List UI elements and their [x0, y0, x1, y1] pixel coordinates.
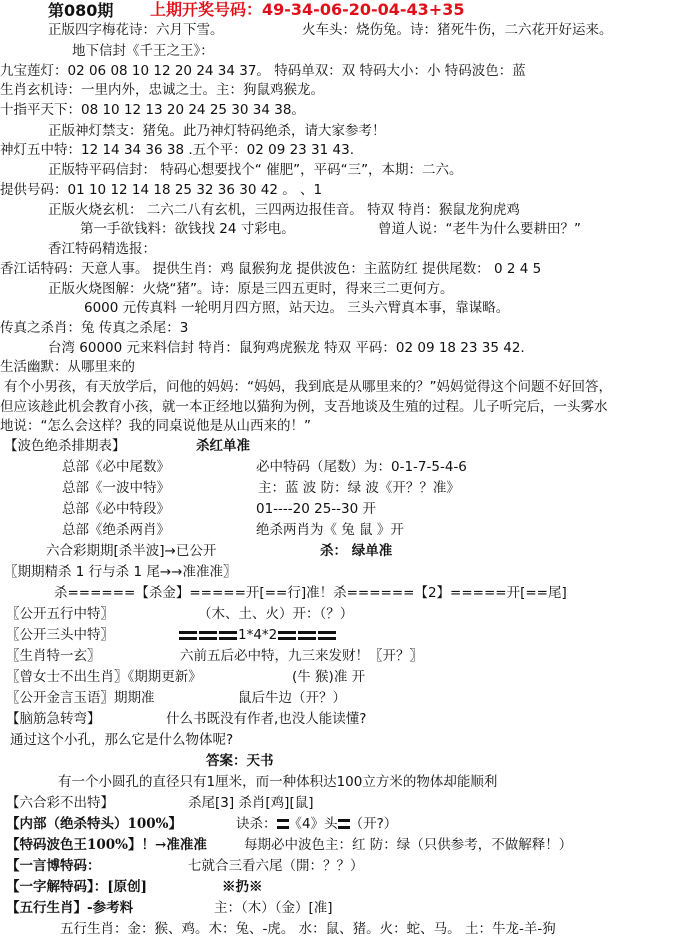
internal-kill-head-label: 【内部（绝杀特头）100%】: [6, 815, 182, 833]
fax-kill-line: 传真之杀肖：兔 传真之杀尾：3: [0, 319, 188, 337]
no-special-value: 杀尾[3] 杀肖[鸡][鼠]: [188, 794, 313, 812]
five-elements-value: （木、土、火）开：（？）: [198, 605, 353, 623]
plum-poem-line: 正版四字梅花诗：六月下雪。: [48, 21, 224, 39]
five-elements-zodiac-value: 主：（木）（金）[准]: [214, 899, 333, 917]
ms-zeng-label: 〖曾女士不出生肖〗《期期更新》: [6, 668, 202, 686]
internal-kill-head-value: 诀杀：《4》头（开?）: [236, 815, 397, 833]
bar-glyph-icon: [179, 631, 197, 640]
hq-segment-value: 01----20 25--30 开: [256, 500, 376, 518]
provided-numbers-line: 提供号码：01 10 12 14 18 25 32 36 30 42 。 、1: [0, 181, 322, 199]
taiwan-envelope-line: 台湾 60000 元来料信封 特肖：鼠狗鸡虎猴龙 特双 平码：02 09 18 …: [48, 339, 525, 357]
half-wave-line: 六合彩期期[杀半波]→已公开: [46, 542, 216, 560]
brain-teaser-question-3: 有一个小圆孔的直径只有1厘米，而一种体积达100立方米的物体却能顺利: [58, 773, 497, 791]
bar-glyph-icon: [318, 631, 336, 640]
three-heads-label: 〖公开三头中特〗: [6, 626, 114, 644]
zodiac-mystery-label: 〖生肖特一玄〗: [6, 647, 101, 665]
kill-open-status: （开?）: [350, 816, 398, 832]
hq-tail-value: 必中特码（尾数）为：0-1-7-5-4-6: [256, 458, 467, 476]
hq-kill-two-value: 绝杀两肖为《 兔 鼠 》开: [256, 521, 404, 539]
nine-treasure-lamp-line: 九宝莲灯：02 06 08 10 12 20 24 34 37。 特码单双：双 …: [0, 62, 526, 80]
brain-teaser-answer: 答案：天书: [206, 752, 274, 770]
bar-glyph-icon: [278, 631, 296, 640]
golden-words-label: 〖公开金言玉语〗期期准: [6, 689, 155, 707]
last-draw-numbers: 上期开奖号码：49-34-06-20-04-43+35: [150, 1, 464, 19]
five-elements-zodiac-label: 【五行生肖】-参考料: [6, 899, 133, 917]
bar-glyph-icon: [298, 631, 316, 640]
divine-lamp-ban-line: 正版神灯禁支：猪兔。此乃神灯特码绝杀，请大家参考！: [48, 122, 386, 140]
hq-segment-label: 总部《必中特段》: [62, 500, 170, 518]
one-char-decode-value: ※扔※: [222, 878, 263, 896]
wave-king-value: 每期必中波色主：红 防：绿（只供参考，不做解释！）: [244, 836, 572, 854]
period-kill-line: 〖期期精杀 1 行与杀 1 尾→→准准准〗: [4, 563, 236, 581]
kill-red-single: 杀红单准: [196, 437, 250, 455]
hq-kill-two-label: 总部《绝杀两肖》: [62, 521, 170, 539]
hq-tail-label: 总部《必中尾数》: [62, 458, 170, 476]
kill-green-single: 杀： 绿单准: [320, 542, 392, 560]
humor-text-1: 有个小男孩，有天放学后，问他的妈妈：“妈妈，我到底是从哪里来的？”妈妈觉得这个问…: [4, 378, 612, 396]
divine-lamp-five-line: 神灯五中特：12 14 34 36 38 .五个平：02 09 23 31 43…: [0, 141, 354, 159]
one-char-decode-label: 【一字解特码】：[原创]: [6, 878, 147, 896]
taoist-saying-line: 曾道人说：“老牛为什么要耕田？”: [378, 220, 581, 238]
fire-mystery-line: 正版火烧玄机： 二六二八有玄机，三四两边报佳音。 特双 特肖：猴鼠龙狗虎鸡: [48, 201, 520, 219]
bar-glyph-icon: [338, 819, 350, 829]
fire-diagram-line: 正版火烧图解：火烧“猪”。诗：原是三四五更时，得来三二更何方。: [48, 280, 454, 298]
kill-head-number: 《4》头: [289, 816, 338, 832]
five-elements-zodiac-list: 五行生肖：金：猴、鸡。木：兔、-虎。 水：鼠、猪。火：蛇、马。 土：牛龙-羊-狗: [60, 920, 556, 938]
first-hand-line: 第一手欲钱料：欲钱找 24 寸彩电。: [80, 220, 295, 238]
ms-zeng-value: (牛 猴)准 开: [292, 668, 365, 686]
xiangjiang-words-line: 香江话特码：天意人事。 提供生肖：鸡 鼠猴狗龙 提供波色：主蓝防红 提供尾数： …: [0, 260, 541, 278]
kill-metal-line: 杀======【杀金】=====开[==行]准！杀======【2】=====开…: [54, 584, 567, 602]
three-heads-digits: 1*4*2: [238, 627, 277, 643]
xiangjiang-select-line: 香江特码精选报：: [48, 240, 156, 258]
ten-fingers-line: 十指平天下：08 10 12 13 20 24 25 30 34 38。: [0, 101, 305, 119]
zodiac-poem-line: 生肖玄机诗：一里内外，忠诚之士。主：狗鼠鸡猴龙。: [0, 81, 324, 99]
humor-text-2: 但应该趁此机会教育小孩，就一本正经地以猫狗为例，支吾地谈及生殖的过程。儿子听完后…: [0, 398, 608, 416]
one-word-bet-label: 【一言博特码：: [6, 857, 101, 875]
special-envelope-line: 正版特平码信封： 特码心想要找个“ 催肥”，平码“三”，本期：二六。: [48, 161, 463, 179]
bar-glyph-icon: [277, 819, 289, 829]
brain-teaser-question: 什么书既没有作者,也没人能读懂?: [166, 710, 366, 728]
zodiac-mystery-value: 六前五后必中特，九三来发财！〖开？〗: [180, 647, 423, 665]
humor-text-3: 地说：“怎么会这样？我的同桌说他是从山西来的！”: [0, 417, 311, 435]
wave-color-table-title: 【波色绝杀排期表】: [4, 437, 126, 455]
wave-king-label: 【特码波色王100%】！→准准准: [6, 836, 207, 854]
hq-wave-label: 总部《一波中特》: [62, 479, 170, 497]
bar-glyph-icon: [219, 631, 237, 640]
fax-material-line: 6000 元传真料 一轮明月四方照，站天边。 三头六臂真本事，靠谋略。: [84, 299, 509, 317]
underground-letter-line: 地下信封《千王之王》：: [72, 42, 214, 60]
three-heads-value: 1*4*2: [178, 626, 337, 644]
brain-teaser-label: 【脑筋急转弯】: [6, 710, 101, 728]
bar-glyph-icon: [199, 631, 217, 640]
train-head-line: 火车头：烧伤兔。诗：猪死牛伤，二六花开好运来。: [302, 21, 613, 39]
hq-wave-value: 主：蓝 波 防：绿 波《开？？准》: [258, 479, 460, 497]
kill-label: 诀杀：: [236, 816, 277, 832]
golden-words-value: 鼠后牛边（开？）: [238, 689, 346, 707]
issue-number: 第080期: [48, 2, 113, 20]
no-special-label: 【六合彩不出特】: [6, 794, 114, 812]
five-elements-label: 〖公开五行中特〗: [6, 605, 114, 623]
humor-title: 生活幽默：从哪里来的: [0, 358, 135, 376]
one-word-bet-value: 七就合三看六尾（開：？？）: [188, 857, 364, 875]
brain-teaser-question-2: 通过这个小孔，那么它是什么物体呢?: [10, 731, 233, 749]
